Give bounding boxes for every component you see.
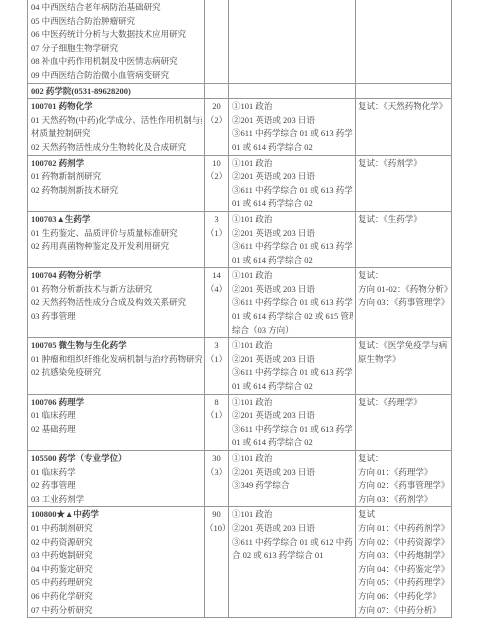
enrollment-cell: 10（2） bbox=[205, 155, 229, 211]
remark-line: 方向 01：《中药药剂学》 bbox=[358, 522, 451, 536]
research-direction: 06 中药化学研究 bbox=[31, 590, 202, 604]
program-cell: 105500 药学（专业学位）01 临床药学02 药事管理03 工业药剂学 bbox=[28, 451, 205, 507]
exam-subject: ①101 政治 bbox=[232, 157, 353, 171]
remark-line: 复试： bbox=[358, 452, 451, 466]
remarks-cell: 复试：方向 01：《药理学》方向 02：《药事管理学》方向 03：《药剂学》 bbox=[356, 451, 452, 507]
research-direction: 03 工业药剂学 bbox=[31, 493, 202, 507]
exam-subject: ①101 政治 bbox=[232, 100, 353, 114]
enrollment-count: 14 bbox=[205, 269, 228, 283]
exam-subject: 01 或 614 药学综合 02 bbox=[232, 141, 353, 155]
research-direction: 03 中药炮制研究 bbox=[31, 549, 202, 563]
remark-line: 方向 01-02：《药物分析》 bbox=[358, 283, 451, 297]
remark-line: 方向 01：《药理学》 bbox=[358, 466, 451, 480]
exam-subject: ②201 英语或 203 日语 bbox=[232, 353, 353, 367]
program-code-name: 100704 药物分析学 bbox=[31, 269, 202, 283]
program-cell: 100703▲生药学01 生药鉴定、品质评价与质量标准研究02 药用真菌物种鉴定… bbox=[28, 211, 205, 267]
enrollment-note: （10） bbox=[205, 522, 228, 536]
remark-line: 复试 bbox=[358, 508, 451, 522]
remarks-cell: 复试：《医学免疫学与病原生物学》 bbox=[356, 338, 452, 394]
research-direction: 02 抗感染免疫研究 bbox=[31, 366, 202, 380]
enrollment-cell: 3（1） bbox=[205, 338, 229, 394]
program-cell: 100701 药物化学01 天然药物(中药)化学成分、活性作用机制与药材质量控制… bbox=[28, 99, 205, 155]
program-row: 100705 微生物与生化药学01 肿瘤和组织纤维化发病机制与治疗药物研究02 … bbox=[28, 338, 452, 394]
remark-line: 方向 03：《中药炮制学》 bbox=[358, 549, 451, 563]
remark-line: 方向 02：《药事管理学》 bbox=[358, 479, 451, 493]
research-direction: 02 药事管理 bbox=[31, 479, 202, 493]
research-direction: 01 天然药物(中药)化学成分、活性作用机制与药 bbox=[31, 114, 202, 128]
exam-subject: 01 或 614 药学综合 02 bbox=[232, 197, 353, 211]
exam-subject: ①101 政治 bbox=[232, 396, 353, 410]
exam-subject: ①101 政治 bbox=[232, 213, 353, 227]
research-direction: 04 中药鉴定研究 bbox=[31, 563, 202, 577]
research-direction: 04 中西医结合老年病防治基础研究 bbox=[31, 1, 202, 15]
enrollment-note: （2） bbox=[205, 170, 228, 184]
department-label: 002 药学院(0531-89628200) bbox=[31, 85, 202, 99]
exam-subject: ③611 中药学综合 01 或 613 药学综合 bbox=[232, 366, 353, 380]
remarks-cell: 复试：方向 01-02：《药物分析》方向 03：《药事管理学》 bbox=[356, 268, 452, 338]
remark-line: 复试： bbox=[358, 269, 451, 283]
exam-subjects-cell: ①101 政治②201 英语或 203 日语③611 中药学综合 01 或 61… bbox=[229, 338, 356, 394]
enrollment-count: 90 bbox=[205, 508, 228, 522]
research-direction: 01 药物分析新技术与新方法研究 bbox=[31, 283, 202, 297]
enrollment-cell: 90（10） bbox=[205, 507, 229, 618]
exam-subject: ③611 中药学综合 01 或 613 药学综合 bbox=[232, 240, 353, 254]
remark-line: 复试：《医学免疫学与病 bbox=[358, 339, 451, 353]
research-direction: 09 中西医结合防治微小血管病变研究 bbox=[31, 69, 202, 83]
exam-subject: ①101 政治 bbox=[232, 339, 353, 353]
exam-subject: ②201 英语或 203 日语 bbox=[232, 114, 353, 128]
research-direction: 01 肿瘤和组织纤维化发病机制与治疗药物研究 bbox=[31, 353, 202, 367]
research-direction: 01 生药鉴定、品质评价与质量标准研究 bbox=[31, 227, 202, 241]
exam-subjects-cell: ①101 政治②201 英语或 203 日语③611 中药学综合 01 或 61… bbox=[229, 507, 356, 618]
program-row: 100701 药物化学01 天然药物(中药)化学成分、活性作用机制与药材质量控制… bbox=[28, 99, 452, 155]
exam-subjects-cell bbox=[229, 83, 356, 99]
department-row: 002 药学院(0531-89628200) bbox=[28, 83, 452, 99]
remark-line: 方向 04：《中药鉴定学》 bbox=[358, 563, 451, 577]
exam-subject: 综合（03 方向） bbox=[232, 324, 353, 338]
exam-subject: 01 或 614 药学综合 02 bbox=[232, 254, 353, 268]
remarks-cell: 复试：《药理学》 bbox=[356, 394, 452, 450]
admissions-table-body: 04 中西医结合老年病防治基础研究05 中西医结合防治肿瘤研究06 中医药统计分… bbox=[28, 0, 452, 618]
continuation-row: 04 中西医结合老年病防治基础研究05 中西医结合防治肿瘤研究06 中医药统计分… bbox=[28, 0, 452, 83]
program-cell: 100704 药物分析学01 药物分析新技术与新方法研究02 天然药物活性成分合… bbox=[28, 268, 205, 338]
enrollment-count: 20 bbox=[205, 100, 228, 114]
program-cell: 100800★▲中药学01 中药制剂研究02 中药资源研究03 中药炮制研究04… bbox=[28, 507, 205, 618]
enrollment-note: （1） bbox=[205, 409, 228, 423]
remark-line: 复试：《药理学》 bbox=[358, 396, 451, 410]
program-code-name: 100701 药物化学 bbox=[31, 100, 202, 114]
enrollment-cell: 20（2） bbox=[205, 99, 229, 155]
research-direction: 02 天然药物活性成分生物转化及合成研究 bbox=[31, 141, 202, 155]
research-direction: 08 补血中药作用机制及中医情志病研究 bbox=[31, 55, 202, 69]
exam-subjects-cell: ①101 政治②201 英语或 203 日语③611 中药学综合 01 或 61… bbox=[229, 155, 356, 211]
admissions-table: 04 中西医结合老年病防治基础研究05 中西医结合防治肿瘤研究06 中医药统计分… bbox=[27, 0, 452, 618]
program-row: 105500 药学（专业学位）01 临床药学02 药事管理03 工业药剂学30（… bbox=[28, 451, 452, 507]
remark-line: 方向 03：《药事管理学》 bbox=[358, 296, 451, 310]
exam-subjects-cell bbox=[229, 0, 356, 83]
enrollment-note: （2） bbox=[205, 114, 228, 128]
research-direction: 02 基础药理 bbox=[31, 423, 202, 437]
exam-subjects-cell: ①101 政治②201 英语或 203 日语③611 中药学综合 01 或 61… bbox=[229, 268, 356, 338]
research-direction: 01 中药制剂研究 bbox=[31, 522, 202, 536]
exam-subject: ①101 政治 bbox=[232, 452, 353, 466]
exam-subjects-cell: ①101 政治②201 英语或 203 日语③611 中药学综合 01 或 61… bbox=[229, 99, 356, 155]
department-cell: 002 药学院(0531-89628200) bbox=[28, 83, 205, 99]
enrollment-cell bbox=[205, 83, 229, 99]
exam-subject: ②201 英语或 203 日语 bbox=[232, 227, 353, 241]
remark-line: 复试：《药剂学》 bbox=[358, 157, 451, 171]
remarks-cell: 复试：《药剂学》 bbox=[356, 155, 452, 211]
program-row: 100702 药剂学01 药物新制剂研究02 药物制剂新技术研究10（2）①10… bbox=[28, 155, 452, 211]
research-direction: 02 中药资源研究 bbox=[31, 536, 202, 550]
exam-subject: 01 或 614 药学综合 02 bbox=[232, 436, 353, 450]
research-direction: 01 药物新制剂研究 bbox=[31, 170, 202, 184]
remark-line: 方向 07：《中药分析》 bbox=[358, 604, 451, 618]
exam-subject: 01 或 614 药学综合 02 或 615 管理学 bbox=[232, 310, 353, 324]
program-cell: 100706 药理学01 临床药理02 基础药理 bbox=[28, 394, 205, 450]
exam-subject: ②201 英语或 203 日语 bbox=[232, 170, 353, 184]
enrollment-cell: 30（3） bbox=[205, 451, 229, 507]
enrollment-cell bbox=[205, 0, 229, 83]
remark-line: 复试：《天然药物化学》 bbox=[358, 100, 451, 114]
program-cell: 100702 药剂学01 药物新制剂研究02 药物制剂新技术研究 bbox=[28, 155, 205, 211]
exam-subject: ②201 英语或 203 日语 bbox=[232, 522, 353, 536]
remark-line: 原生物学》 bbox=[358, 353, 451, 367]
document-page: 04 中西医结合老年病防治基础研究05 中西医结合防治肿瘤研究06 中医药统计分… bbox=[0, 0, 483, 633]
remarks-cell: 复试方向 01：《中药药剂学》方向 02：《中药资源学》方向 03：《中药炮制学… bbox=[356, 507, 452, 618]
enrollment-note: （3） bbox=[205, 466, 228, 480]
exam-subject: ③349 药学综合 bbox=[232, 479, 353, 493]
enrollment-note: （1） bbox=[205, 353, 228, 367]
research-direction: 07 分子细胞生物学研究 bbox=[31, 42, 202, 56]
remarks-cell bbox=[356, 0, 452, 83]
program-cell: 04 中西医结合老年病防治基础研究05 中西医结合防治肿瘤研究06 中医药统计分… bbox=[28, 0, 205, 83]
program-code-name: 100800★▲中药学 bbox=[31, 508, 202, 522]
exam-subject: ③611 中药学综合 01 或 613 药学综合 bbox=[232, 127, 353, 141]
exam-subjects-cell: ①101 政治②201 英语或 203 日语③349 药学综合 bbox=[229, 451, 356, 507]
enrollment-count: 3 bbox=[205, 213, 228, 227]
enrollment-cell: 14（4） bbox=[205, 268, 229, 338]
research-direction: 05 中西医结合防治肿瘤研究 bbox=[31, 15, 202, 29]
exam-subject: 01 或 614 药学综合 02 bbox=[232, 380, 353, 394]
program-row: 100703▲生药学01 生药鉴定、品质评价与质量标准研究02 药用真菌物种鉴定… bbox=[28, 211, 452, 267]
program-row: 100704 药物分析学01 药物分析新技术与新方法研究02 天然药物活性成分合… bbox=[28, 268, 452, 338]
research-direction: 01 临床药学 bbox=[31, 466, 202, 480]
remark-line: 方向 02：《中药资源学》 bbox=[358, 536, 451, 550]
exam-subject: ②201 英语或 203 日语 bbox=[232, 409, 353, 423]
research-direction: 02 天然药物活性成分合成及构效关系研究 bbox=[31, 296, 202, 310]
exam-subject: ①101 政治 bbox=[232, 508, 353, 522]
research-direction: 02 药用真菌物种鉴定及开发利用研究 bbox=[31, 240, 202, 254]
exam-subject: ②201 英语或 203 日语 bbox=[232, 466, 353, 480]
remarks-cell: 复试：《生药学》 bbox=[356, 211, 452, 267]
research-direction: 06 中医药统计分析与大数据技术应用研究 bbox=[31, 28, 202, 42]
program-code-name: 105500 药学（专业学位） bbox=[31, 452, 202, 466]
enrollment-cell: 3（1） bbox=[205, 211, 229, 267]
enrollment-note: （4） bbox=[205, 283, 228, 297]
remark-line: 复试：《生药学》 bbox=[358, 213, 451, 227]
exam-subjects-cell: ①101 政治②201 英语或 203 日语③611 中药学综合 01 或 61… bbox=[229, 394, 356, 450]
remark-line: 方向 05：《中药药理学》 bbox=[358, 576, 451, 590]
research-direction: 材质量控制研究 bbox=[31, 127, 202, 141]
enrollment-count: 8 bbox=[205, 396, 228, 410]
enrollment-count: 30 bbox=[205, 452, 228, 466]
enrollment-count: 10 bbox=[205, 157, 228, 171]
research-direction: 07 中药分析研究 bbox=[31, 604, 202, 618]
exam-subject: ②201 英语或 203 日语 bbox=[232, 283, 353, 297]
exam-subject: 合 02 或 613 药学综合 01 bbox=[232, 549, 353, 563]
program-row: 100800★▲中药学01 中药制剂研究02 中药资源研究03 中药炮制研究04… bbox=[28, 507, 452, 618]
exam-subject: ③611 中药学综合 01 或 613 药学综合 bbox=[232, 184, 353, 198]
program-code-name: 100703▲生药学 bbox=[31, 213, 202, 227]
program-code-name: 100706 药理学 bbox=[31, 396, 202, 410]
exam-subject: ①101 政治 bbox=[232, 269, 353, 283]
exam-subject: ③611 中药学综合 01 或 612 中药学综 bbox=[232, 536, 353, 550]
research-direction: 05 中药药理研究 bbox=[31, 576, 202, 590]
exam-subjects-cell: ①101 政治②201 英语或 203 日语③611 中药学综合 01 或 61… bbox=[229, 211, 356, 267]
research-direction: 02 药物制剂新技术研究 bbox=[31, 184, 202, 198]
enrollment-count: 3 bbox=[205, 339, 228, 353]
program-code-name: 100702 药剂学 bbox=[31, 157, 202, 171]
program-cell: 100705 微生物与生化药学01 肿瘤和组织纤维化发病机制与治疗药物研究02 … bbox=[28, 338, 205, 394]
research-direction: 03 药事管理 bbox=[31, 310, 202, 324]
enrollment-note: （1） bbox=[205, 227, 228, 241]
exam-subject: ③611 中药学综合 01 或 613 药学综合 bbox=[232, 423, 353, 437]
remarks-cell bbox=[356, 83, 452, 99]
research-direction: 01 临床药理 bbox=[31, 409, 202, 423]
exam-subject: ③611 中药学综合 01 或 613 药学综合 bbox=[232, 296, 353, 310]
remark-line: 方向 06：《中药化学》 bbox=[358, 590, 451, 604]
remark-line: 方向 03：《药剂学》 bbox=[358, 493, 451, 507]
program-row: 100706 药理学01 临床药理02 基础药理8（1）①101 政治②201 … bbox=[28, 394, 452, 450]
remarks-cell: 复试：《天然药物化学》 bbox=[356, 99, 452, 155]
enrollment-cell: 8（1） bbox=[205, 394, 229, 450]
program-code-name: 100705 微生物与生化药学 bbox=[31, 339, 202, 353]
